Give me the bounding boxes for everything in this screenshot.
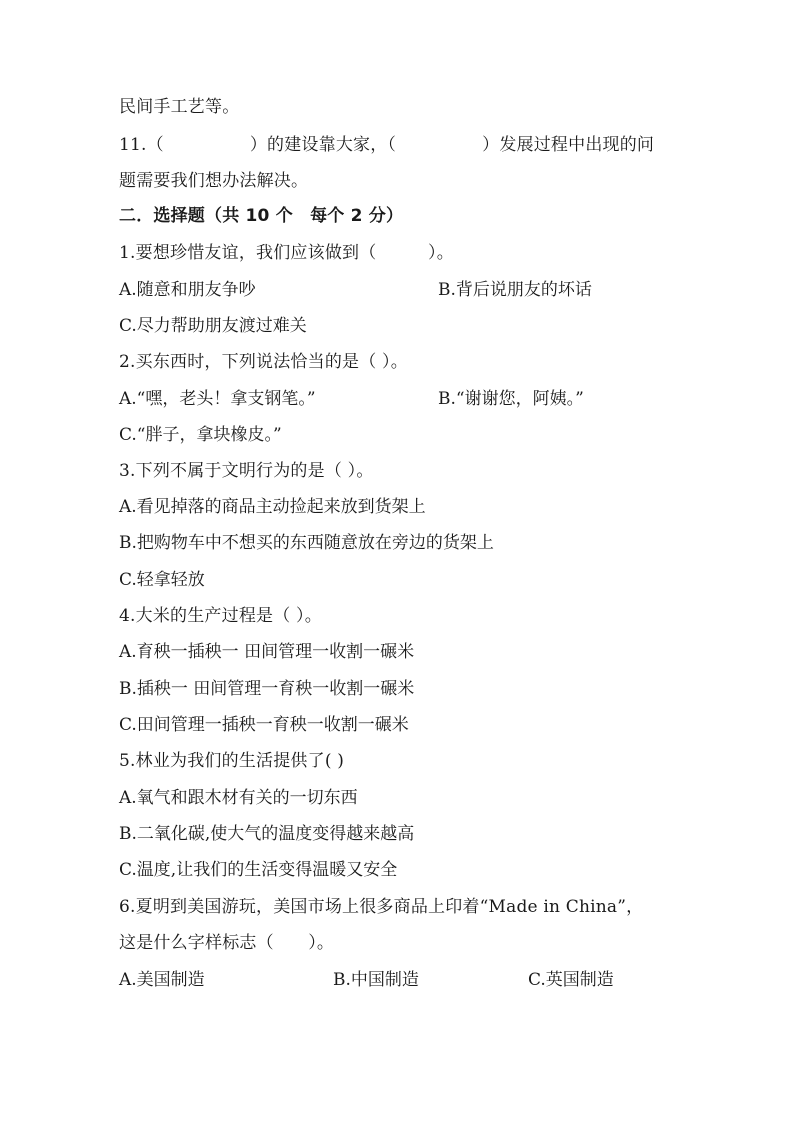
question-5-option-c: C.温度,让我们的生活变得温暖又安全 [119,859,397,881]
question-1-option-a: A.随意和朋友争吵 [119,279,256,301]
question-1-option-b: B.背后说朋友的坏话 [438,279,592,301]
question-1-stem: 1.要想珍惜友谊，我们应该做到（ ）。 [119,242,454,264]
document-page: 民间手工艺等。 11.（ ）的建设靠大家，（ ）发展过程中出现的问 题需要我们想… [0,0,793,1122]
question-2-option-a: A.“嘿，老头！拿支钢笔。” [119,388,316,410]
fill-in-question-11-line-2: 题需要我们想办法解决。 [119,170,308,192]
continuation-line: 民间手工艺等。 [119,96,239,118]
question-4-option-a: A.育秧一插秧一 田间管理一收割一碾米 [119,641,414,663]
question-5-stem: 5.林业为我们的生活提供了( ) [119,750,344,772]
question-6-stem-line-1: 6.夏明到美国游玩，美国市场上很多商品上印着“Made in China”， [119,896,643,918]
question-4-stem: 4.大米的生产过程是（ ）。 [119,605,322,627]
question-1-option-c: C.尽力帮助朋友渡过难关 [119,315,307,337]
question-3-option-a: A.看见掉落的商品主动捡起来放到货架上 [119,496,426,518]
question-5-option-a: A.氧气和跟木材有关的一切东西 [119,787,358,809]
question-6-option-c: C.英国制造 [528,969,614,991]
question-4-option-b: B.插秧一 田间管理一育秧一收割一碾米 [119,678,414,700]
question-4-option-c: C.田间管理一插秧一育秧一收割一碾米 [119,714,409,736]
question-3-option-c: C.轻拿轻放 [119,569,205,591]
question-3-stem: 3.下列不属于文明行为的是（ ）。 [119,460,374,482]
question-3-option-b: B.把购物车中不想买的东西随意放在旁边的货架上 [119,532,494,554]
fill-in-question-11-line-1: 11.（ ）的建设靠大家，（ ）发展过程中出现的问 [119,134,654,156]
question-6-option-b: B.中国制造 [333,969,419,991]
question-2-stem: 2.买东西时，下列说法恰当的是（ ）。 [119,351,408,373]
section-heading-multiple-choice: 二．选择题（共 10 个 每个 2 分） [119,205,403,227]
question-5-option-b: B.二氧化碳,使大气的温度变得越来越高 [119,823,414,845]
question-2-option-c: C.“胖子，拿块橡皮。” [119,424,282,446]
question-6-stem-line-2: 这是什么字样标志（ ）。 [119,932,334,954]
question-2-option-b: B.“谢谢您，阿姨。” [438,388,584,410]
question-6-option-a: A.美国制造 [119,969,205,991]
